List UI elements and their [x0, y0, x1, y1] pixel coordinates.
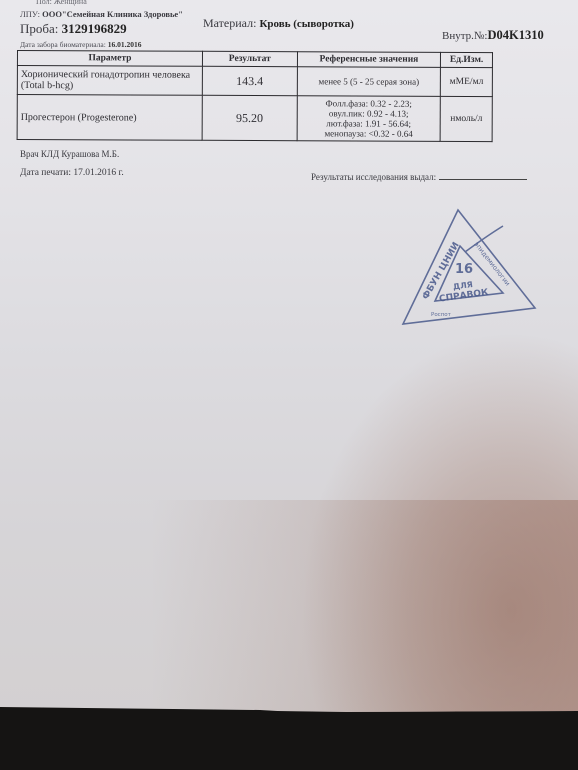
- reference-line: менопауза: <0.32 - 0.64: [300, 128, 437, 139]
- issued-by-line: Результаты исследования выдал:: [311, 170, 527, 182]
- reference-line: Фолл.фаза: 0.32 - 2.23;: [300, 98, 437, 109]
- parameter-cell: Прогестерон (Progesterone): [17, 95, 202, 141]
- sample-number: 3129196829: [62, 21, 127, 36]
- unit-cell: мМЕ/мл: [441, 67, 493, 96]
- internal-number-line: Внутр.№:D04K1310: [442, 28, 544, 43]
- print-date: Дата печати: 17.01.2016 г.: [20, 168, 124, 178]
- material-value: Кровь (сыворотка): [259, 18, 354, 30]
- header-result: Результат: [202, 51, 297, 66]
- clinic-label: ЛПУ:: [20, 9, 40, 19]
- clinic-line: ЛПУ: ООО"Семейная Клиника Здоровье": [20, 9, 183, 19]
- sample-label: Проба:: [20, 21, 58, 36]
- results-table: Параметр Результат Референсные значения …: [17, 50, 493, 142]
- unit-cell: нмоль/л: [440, 96, 492, 141]
- signature-line: [439, 170, 527, 180]
- reference-line: менее 5 (5 - 25 серая зона): [300, 76, 437, 87]
- patient-sex: Пол: Женщина: [36, 0, 87, 6]
- collection-date: 16.01.2016: [108, 40, 142, 49]
- paper-sheet: Пол: Женщина ЛПУ: ООО"Семейная Клиника З…: [0, 0, 578, 718]
- stamp-bottom-text: Роспот: [431, 312, 452, 318]
- result-cell: 95.20: [202, 95, 297, 140]
- shadow: [300, 330, 578, 718]
- stamp-number: 16: [455, 262, 473, 277]
- reference-line: лют.фаза: 1.91 - 56.64;: [300, 118, 437, 129]
- internal-number: D04K1310: [487, 28, 543, 42]
- material-line: Материал: Кровь (сыворотка): [203, 16, 354, 31]
- table-row: Хорионический гонадотропин человека (Tot…: [17, 66, 492, 97]
- parameter-cell: Хорионический гонадотропин человека (Tot…: [17, 66, 202, 96]
- issued-by-label: Результаты исследования выдал:: [311, 172, 436, 182]
- shadow: [150, 500, 578, 718]
- doctor-name: Врач КЛД Курашова М.Б.: [20, 149, 119, 159]
- stamp-line2: СПРАВОК: [439, 288, 490, 305]
- reference-line: овул.пик: 0.92 - 4.13;: [300, 108, 437, 119]
- header-unit: Ед.Изм.: [441, 52, 493, 67]
- sample-line: Проба: 3129196829: [20, 21, 127, 37]
- reference-cell: Фолл.фаза: 0.32 - 2.23; овул.пик: 0.92 -…: [297, 96, 441, 142]
- table-row: Прогестерон (Progesterone) 95.20 Фолл.фа…: [17, 95, 492, 142]
- clinic-name: ООО"Семейная Клиника Здоровье": [42, 9, 183, 19]
- triangle-stamp: ФБУН ЦНИИ эпидемиологии 16 ДЛЯ СПРАВОК Р…: [395, 206, 540, 328]
- material-label: Материал:: [203, 16, 256, 30]
- collection-date-line: Дата забора биоматериала: 16.01.2016: [20, 40, 141, 49]
- reference-cell: менее 5 (5 - 25 серая зона): [297, 67, 441, 97]
- collection-date-label: Дата забора биоматериала:: [20, 40, 106, 49]
- result-cell: 143.4: [202, 66, 297, 95]
- header-parameter: Параметр: [17, 51, 202, 67]
- header-reference: Референсные значения: [297, 52, 441, 68]
- internal-number-label: Внутр.№:: [442, 30, 487, 42]
